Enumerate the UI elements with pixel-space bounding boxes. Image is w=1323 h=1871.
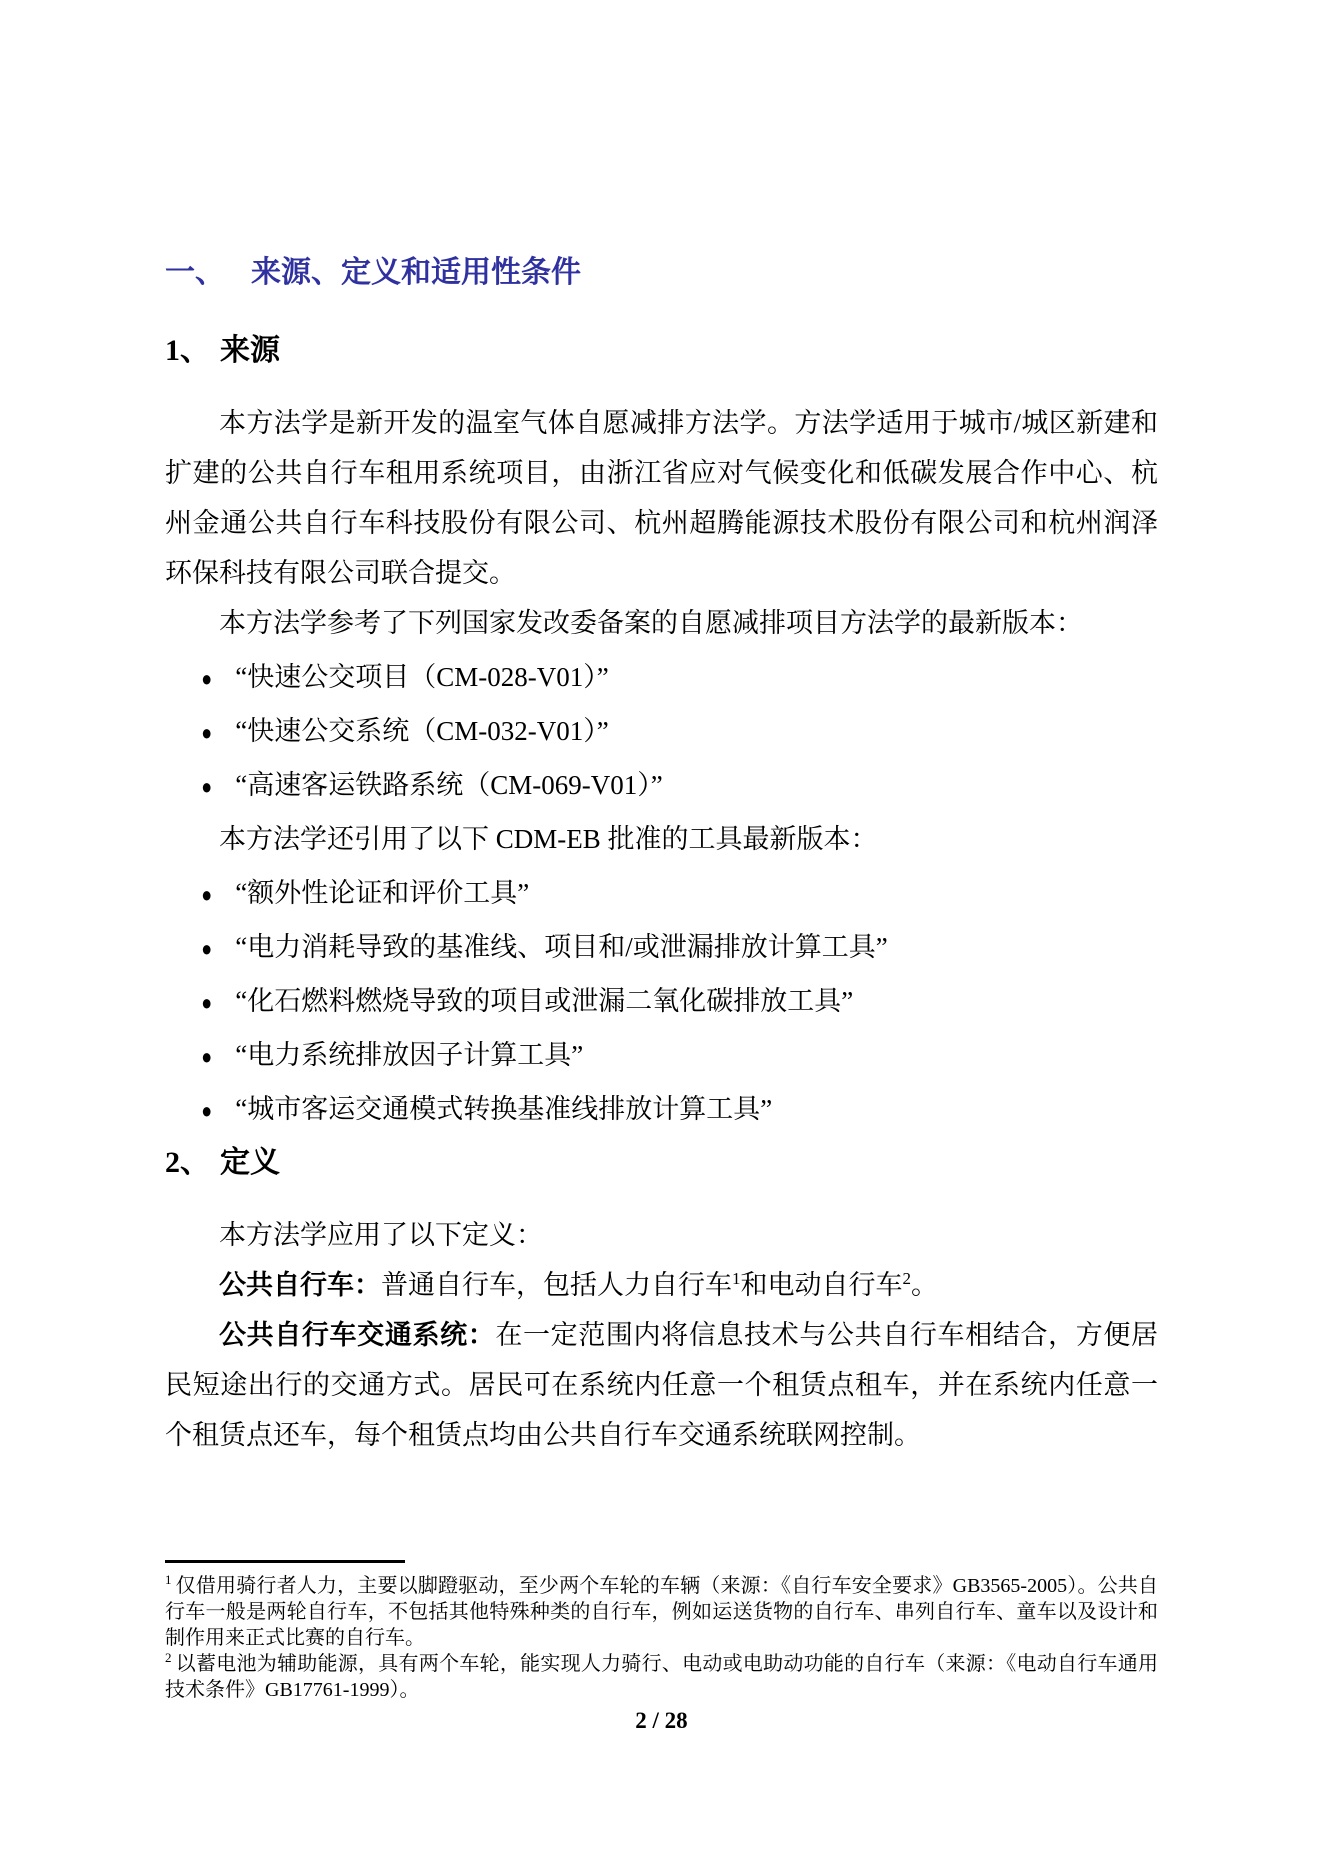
bullet-icon: ●: [201, 924, 212, 974]
list-item: ●“电力消耗导致的基准线、项目和/或泄漏排放计算工具”: [165, 922, 1158, 974]
methodology-list: ●“快速公交项目（CM-028-V01）” ●“快速公交系统（CM-032-V0…: [165, 652, 1158, 812]
list-item: ●“化石燃料燃烧导致的项目或泄漏二氧化碳排放工具”: [165, 976, 1158, 1028]
definition-term: 公共自行车交通系统：: [219, 1320, 495, 1350]
list-item-text: “快速公交系统（CM-032-V01）”: [235, 716, 608, 746]
list-item-text: “城市客运交通模式转换基准线排放计算工具”: [235, 1094, 772, 1124]
footnote-ref-1: 1: [732, 1269, 741, 1288]
main-heading-title: 来源、定义和适用性条件: [251, 256, 581, 289]
list-item-text: “快速公交项目（CM-028-V01）”: [235, 662, 608, 692]
section-definition-title: 定义: [220, 1146, 280, 1179]
list-item-text: “额外性论证和评价工具”: [235, 878, 529, 908]
definition-text: 和电动自行车: [741, 1270, 903, 1300]
footnote-ref-2: 2: [903, 1269, 912, 1288]
list-item: ●“额外性论证和评价工具”: [165, 868, 1158, 920]
bullet-icon: ●: [201, 1032, 212, 1082]
paragraph-tools-lead: 本方法学还引用了以下 CDM-EB 批准的工具最新版本：: [165, 814, 1158, 864]
section-definition-number: 2、: [165, 1142, 210, 1184]
list-item-text: “化石燃料燃烧导致的项目或泄漏二氧化碳排放工具”: [235, 986, 853, 1016]
footnote-2: 2以蓄电池为辅助能源，具有两个车轮，能实现人力骑行、电动或电助动功能的自行车（来…: [165, 1651, 1158, 1703]
section-heading-definition: 2、定义: [165, 1142, 1158, 1184]
footnote-1: 1仅借用骑行者人力，主要以脚蹬驱动，至少两个车轮的车辆（来源：《自行车安全要求》…: [165, 1573, 1158, 1651]
footnote-text: 以蓄电池为辅助能源，具有两个车轮，能实现人力骑行、电动或电助动功能的自行车（来源…: [165, 1653, 1158, 1701]
bullet-icon: ●: [201, 762, 212, 812]
list-item-text: “电力消耗导致的基准线、项目和/或泄漏排放计算工具”: [235, 932, 887, 962]
footnote-marker-1: 1: [165, 1572, 172, 1587]
bullet-icon: ●: [201, 654, 212, 704]
paragraph-definitions-lead: 本方法学应用了以下定义：: [165, 1210, 1158, 1260]
bullet-icon: ●: [201, 1086, 212, 1136]
list-item: ●“高速客运铁路系统（CM-069-V01）”: [165, 760, 1158, 812]
list-item: ●“电力系统排放因子计算工具”: [165, 1030, 1158, 1082]
section-source-title: 来源: [220, 334, 280, 367]
footnote-area: 1仅借用骑行者人力，主要以脚蹬驱动，至少两个车轮的车辆（来源：《自行车安全要求》…: [165, 1560, 1158, 1703]
document-page: 一、来源、定义和适用性条件 1、来源 本方法学是新开发的温室气体自愿减排方法学。…: [0, 0, 1323, 1871]
list-item-text: “电力系统排放因子计算工具”: [235, 1040, 583, 1070]
footnote-text: 仅借用骑行者人力，主要以脚蹬驱动，至少两个车轮的车辆（来源：《自行车安全要求》G…: [165, 1575, 1158, 1649]
list-item-text: “高速客运铁路系统（CM-069-V01）”: [235, 770, 662, 800]
list-item: ●“快速公交系统（CM-032-V01）”: [165, 706, 1158, 758]
main-heading-number: 一、: [165, 252, 225, 294]
tools-list: ●“额外性论证和评价工具” ●“电力消耗导致的基准线、项目和/或泄漏排放计算工具…: [165, 868, 1158, 1136]
definition-text: 。: [911, 1270, 938, 1300]
definition-term: 公共自行车：: [219, 1270, 381, 1300]
paragraph-reference-lead: 本方法学参考了下列国家发改委备案的自愿减排项目方法学的最新版本：: [165, 598, 1158, 648]
list-item: ●“快速公交项目（CM-028-V01）”: [165, 652, 1158, 704]
definition-public-bicycle-system: 公共自行车交通系统：在一定范围内将信息技术与公共自行车相结合，方便居民短途出行的…: [165, 1310, 1158, 1460]
document-content: 一、来源、定义和适用性条件 1、来源 本方法学是新开发的温室气体自愿减排方法学。…: [165, 252, 1158, 1460]
section-source-number: 1、: [165, 330, 210, 372]
paragraph-intro: 本方法学是新开发的温室气体自愿减排方法学。方法学适用于城市/城区新建和扩建的公共…: [165, 398, 1158, 598]
definition-public-bicycle: 公共自行车：普通自行车，包括人力自行车1和电动自行车2。: [165, 1260, 1158, 1310]
footnote-marker-2: 2: [165, 1650, 172, 1665]
bullet-icon: ●: [201, 978, 212, 1028]
bullet-icon: ●: [201, 870, 212, 920]
footnote-separator: [165, 1560, 405, 1563]
main-heading: 一、来源、定义和适用性条件: [165, 252, 1158, 294]
bullet-icon: ●: [201, 708, 212, 758]
definition-text: 普通自行车，包括人力自行车: [381, 1270, 732, 1300]
page-number: 2 / 28: [0, 1708, 1323, 1734]
list-item: ●“城市客运交通模式转换基准线排放计算工具”: [165, 1084, 1158, 1136]
section-heading-source: 1、来源: [165, 330, 1158, 372]
